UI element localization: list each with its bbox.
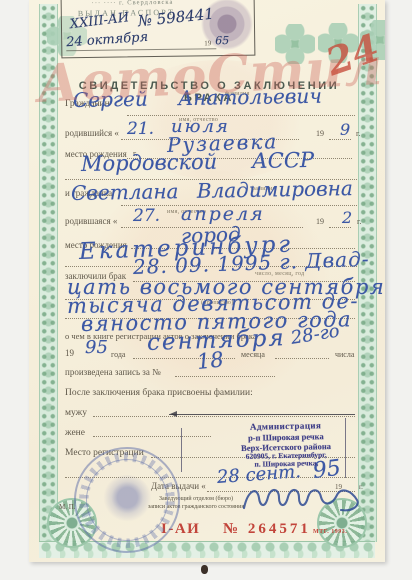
page-marker-dot (201, 565, 208, 574)
bride-born-year: 2 (342, 208, 352, 227)
form-line (275, 358, 329, 359)
wife-label: жене (65, 428, 85, 438)
form-line (127, 115, 355, 116)
admin-stamp-line: п. Широкая речка, (207, 459, 365, 471)
form-line (175, 376, 275, 377)
left-guilloche-border (39, 4, 58, 542)
husband-label: мужу (65, 408, 87, 418)
groom-name-handwritten: Сергей Анатольевич (73, 84, 322, 112)
year-suffix: г. (357, 217, 361, 226)
year-suffix: г. (356, 129, 360, 138)
groom-born-year: 9 (340, 120, 350, 139)
border-flower-ornament (275, 24, 315, 64)
form-line (329, 139, 351, 140)
signature-scrawl (241, 480, 365, 520)
scanned-marriage-certificate: АвтоСтиль 24 ··· ···· г. Свердловска ВЫД… (0, 0, 412, 580)
year-prefix: 19 (316, 129, 324, 138)
bride-name-handwritten: Светлана Владимировна (71, 176, 353, 205)
reg-year-prefix: 19 (65, 348, 74, 358)
stamp-bracket-line (181, 428, 182, 472)
stamp-arrow-line (169, 414, 355, 415)
groom-birthplace-region: Мордовской АССР (81, 148, 314, 176)
passport-year-prefix: 19 (204, 39, 211, 47)
reg-day-label: числа (335, 350, 354, 359)
passport-year-handwritten: 65 (215, 34, 229, 47)
bottom-lace-border (39, 541, 375, 558)
passport-stamp-city-line: ··· ···· г. Свердловска (92, 0, 174, 7)
reg-year-handwritten: 95 (85, 337, 108, 358)
record-number-handwritten: 18 (196, 347, 225, 374)
year-prefix: 19 (316, 217, 324, 226)
groom-born-label: родившийся « (65, 128, 119, 138)
bride-born-day: 27. (133, 206, 160, 226)
form-line (93, 416, 355, 417)
bride-born-label: родившаяся « (65, 216, 117, 226)
serial-number: № 264571 (223, 521, 311, 538)
form-line (329, 227, 351, 228)
administration-stamp: Администрация р-п Широкая речка Верх-Исе… (207, 419, 366, 471)
reg-year-label: года (111, 350, 125, 359)
groom-born-day: 21. (127, 119, 154, 139)
border-flower-ornament (318, 23, 358, 63)
record-number-label: произведена запись за № (65, 367, 161, 377)
passport-stamp-box: ··· ···· г. Свердловска ВЫДАН ПАСПОРТ XX… (61, 0, 256, 58)
surnames-after-label: После заключения брака присвоены фамилии… (65, 388, 253, 398)
passport-date-handwritten: 24 октября (66, 30, 149, 50)
border-flower-ornament (360, 20, 385, 60)
certificate-sheet: АвтоСтиль 24 ··· ···· г. Свердловска ВЫД… (29, 0, 385, 562)
stamp-bracket-line (345, 418, 346, 478)
print-house-mark: МТГ. 1993. (313, 529, 347, 535)
form-line (93, 436, 211, 437)
